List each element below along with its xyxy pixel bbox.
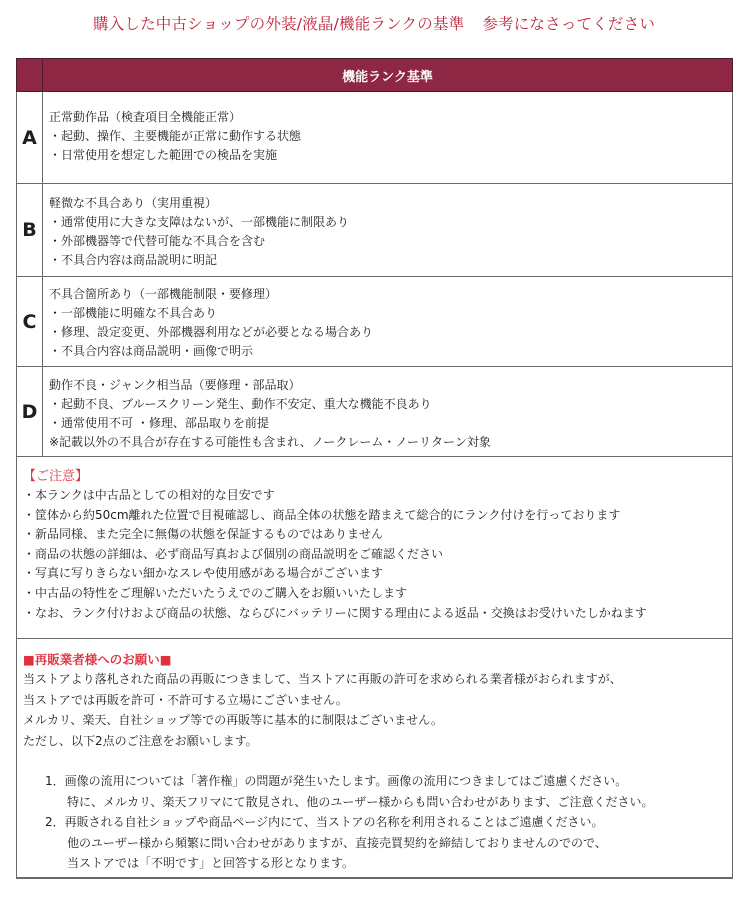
rank-title: 正常動作品（検査項目全機能正常）	[49, 108, 732, 127]
resale-point-2-cont: 他のユーザー様から頻繁に問い合わせがありますが、直接売買契約を締結しておりません…	[67, 833, 732, 854]
rank-description: 軽微な不具合あり（実用重視） ・通常使用に大きな支障はないが、一部機能に制限あり…	[43, 184, 733, 277]
resale-point-1: 1．画像の流用については「著作権」の問題が発生いたします。画像の流用につきまして…	[45, 771, 732, 792]
title-main: 購入した中古ショップの外装/液晶/機能ランクの基準	[93, 15, 464, 33]
rank-letter: D	[17, 367, 43, 457]
notes-item: ・筐体から約50cm離れた位置で目視確認し、商品全体の状態を踏まえて総合的にラン…	[23, 506, 732, 526]
resale-heading: ■再販業者様へのお願い■	[23, 651, 732, 669]
rank-title: 動作不良・ジャンク相当品（要修理・部品取）	[49, 376, 732, 395]
rank-bullet: ・一部機能に明確な不具合あり	[49, 304, 732, 323]
resale-point-2-cont: 当ストアでは「不明です」と回答する形となります。	[67, 853, 732, 874]
page-title: 購入した中古ショップの外装/液晶/機能ランクの基準参考になさってください	[0, 12, 748, 34]
resale-point-1-cont: 特に、メルカリ、楽天フリマにて散見され、他のユーザー様からも問い合わせがあります…	[67, 792, 732, 813]
resale-point-2: 2．再販される自社ショップや商品ページ内にて、当ストアの名称を利用されることはご…	[45, 812, 732, 833]
resale-box: ■再販業者様へのお願い■ 当ストアより落札された商品の再販につきまして、当ストア…	[16, 638, 733, 879]
notes-item: ・写真に写りきらない細かなスレや使用感がある場合がございます	[23, 564, 732, 584]
rank-bullet: ・起動、操作、主要機能が正常に動作する状態	[49, 127, 732, 146]
rank-bullet: ・不具合内容は商品説明に明記	[49, 251, 732, 270]
resale-paragraph: ただし、以下2点のご注意をお願いします。	[23, 731, 732, 752]
notes-box: 【ご注意】 ・本ランクは中古品としての相対的な目安です ・筐体から約50cm離れ…	[16, 455, 733, 639]
rank-letter: A	[17, 92, 43, 184]
rank-bullet: ・修理、設定変更、外部機器利用などが必要となる場合あり	[49, 323, 732, 342]
rank-table-header-row: 機能ランク基準	[17, 59, 733, 92]
rank-bullet: ・不具合内容は商品説明・画像で明示	[49, 342, 732, 361]
rank-row-c: C 不具合箇所あり（一部機能制限・要修理） ・一部機能に明確な不具合あり ・修理…	[17, 277, 733, 367]
rank-header-blank	[17, 59, 43, 92]
spacer	[17, 751, 732, 771]
rank-letter: C	[17, 277, 43, 367]
notes-item: ・本ランクは中古品としての相対的な目安です	[23, 486, 732, 506]
rank-table-header: 機能ランク基準	[43, 59, 733, 92]
notes-heading: 【ご注意】	[23, 468, 732, 486]
notes-item: ・中古品の特性をご理解いただいたうえでのご購入をお願いいたします	[23, 584, 732, 604]
rank-table: 機能ランク基準 A 正常動作品（検査項目全機能正常） ・起動、操作、主要機能が正…	[16, 58, 733, 457]
rank-bullet: ・起動不良、ブルースクリーン発生、動作不安定、重大な機能不良あり	[49, 395, 732, 414]
notes-item: ・商品の状態の詳細は、必ず商品写真および個別の商品説明をご確認ください	[23, 545, 732, 565]
rank-title: 不具合箇所あり（一部機能制限・要修理）	[49, 285, 732, 304]
rank-description: 動作不良・ジャンク相当品（要修理・部品取） ・起動不良、ブルースクリーン発生、動…	[43, 367, 733, 457]
rank-bullet: ・通常使用に大きな支障はないが、一部機能に制限あり	[49, 213, 732, 232]
rank-description: 正常動作品（検査項目全機能正常） ・起動、操作、主要機能が正常に動作する状態 ・…	[43, 92, 733, 184]
notes-item: ・新品同様、また完全に無傷の状態を保証するものではありません	[23, 525, 732, 545]
resale-paragraph: 当ストアでは再販を許可・不許可する立場にございません。	[23, 690, 732, 711]
rank-row-a: A 正常動作品（検査項目全機能正常） ・起動、操作、主要機能が正常に動作する状態…	[17, 92, 733, 184]
title-sub: 参考になさってください	[482, 15, 655, 33]
rank-row-d: D 動作不良・ジャンク相当品（要修理・部品取） ・起動不良、ブルースクリーン発生…	[17, 367, 733, 457]
rank-bullet: ・日常使用を想定した範囲での検品を実施	[49, 146, 732, 165]
rank-footnote: ※記載以外の不具合が存在する可能性も含まれ、ノークレーム・ノーリターン対象	[49, 433, 732, 452]
rank-title: 軽微な不具合あり（実用重視）	[49, 194, 732, 213]
rank-description: 不具合箇所あり（一部機能制限・要修理） ・一部機能に明確な不具合あり ・修理、設…	[43, 277, 733, 367]
resale-paragraph: 当ストアより落札された商品の再販につきまして、当ストアに再販の許可を求められる業…	[23, 669, 732, 690]
notes-item: ・なお、ランク付けおよび商品の状態、ならびにバッテリーに関する理由による返品・交…	[23, 604, 732, 624]
resale-paragraph: メルカリ、楽天、自社ショップ等での再販等に基本的に制限はございません。	[23, 710, 732, 731]
rank-row-b: B 軽微な不具合あり（実用重視） ・通常使用に大きな支障はないが、一部機能に制限…	[17, 184, 733, 277]
rank-bullet: ・外部機器等で代替可能な不具合を含む	[49, 232, 732, 251]
rank-letter: B	[17, 184, 43, 277]
rank-bullet: ・通常使用不可 ・修理、部品取りを前提	[49, 414, 732, 433]
